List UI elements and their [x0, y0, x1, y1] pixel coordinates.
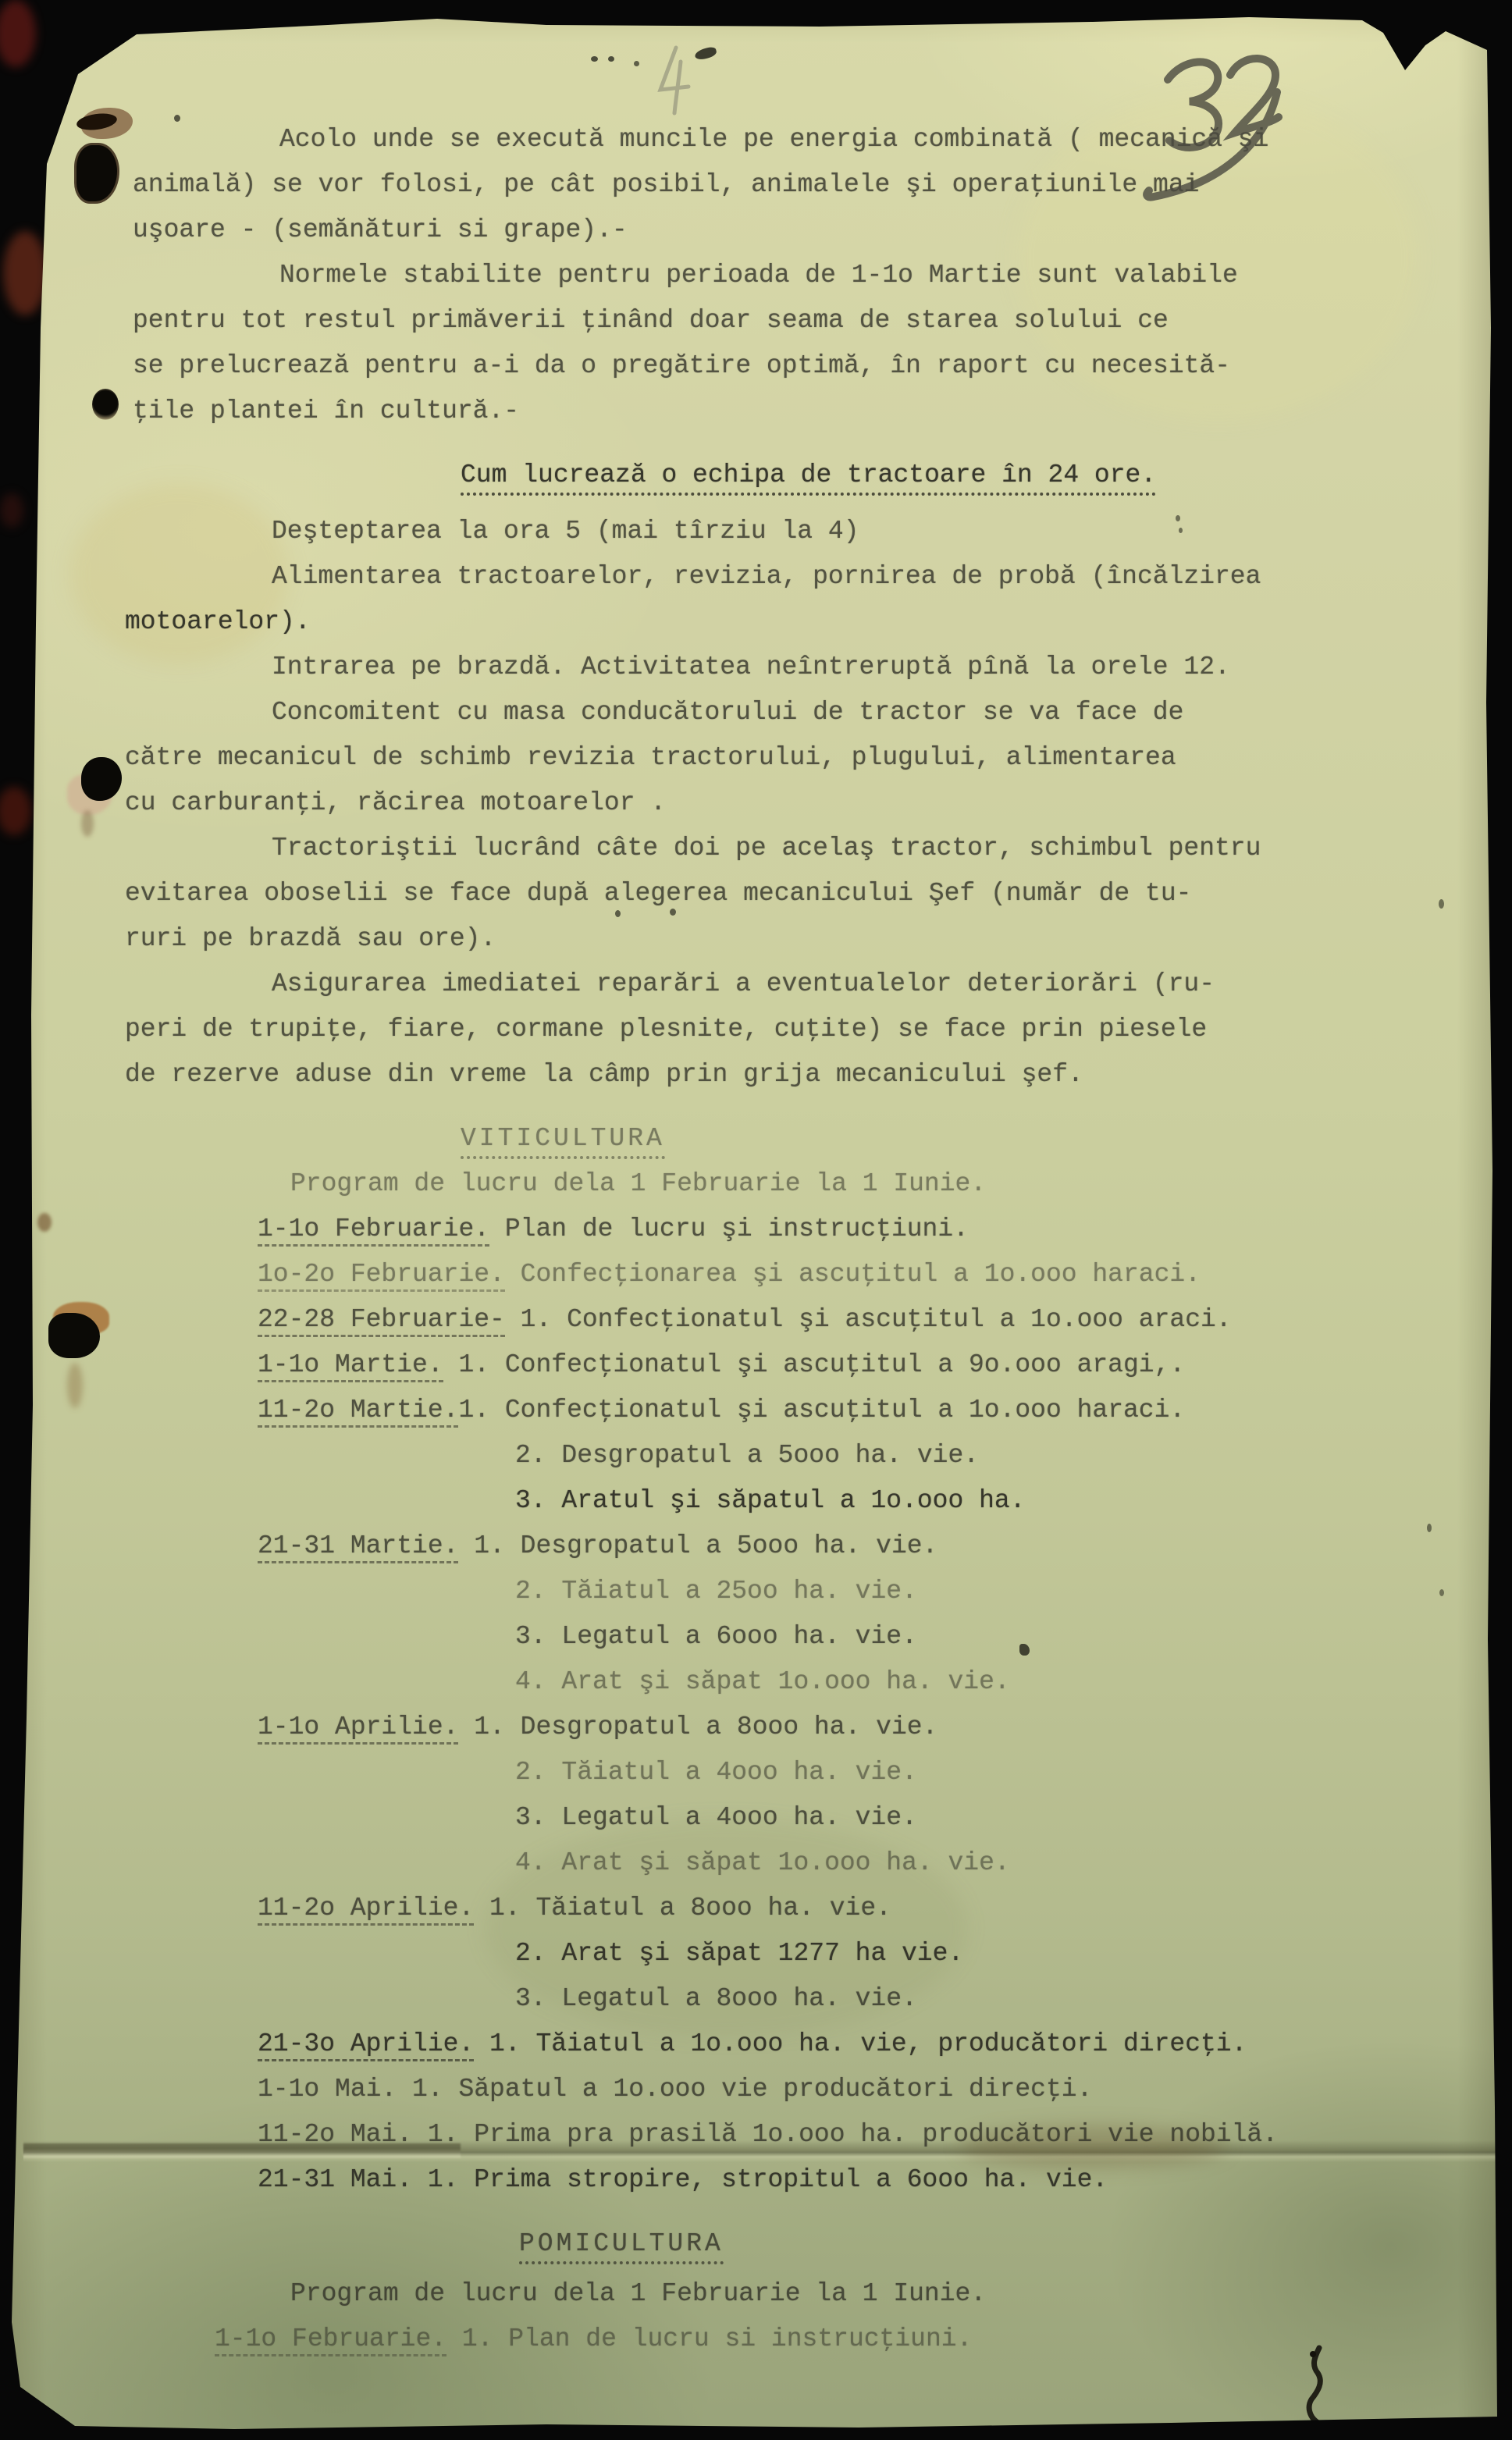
heading-pomicultura: POMICULTURA	[0, 2221, 1512, 2267]
scan-background: Acolo unde se execută muncile pe energia…	[0, 0, 1512, 2440]
schedule-task-line: 4. Arat şi săpat 1o.ooo ha. vie.	[0, 1659, 1512, 1705]
red-smudge	[0, 787, 31, 835]
ink-speck	[1176, 515, 1180, 521]
ink-speck	[615, 910, 621, 917]
schedule-date-line: 21-31 Martie. 1. Desgropatul a 5ooo ha. …	[0, 1524, 1512, 1569]
ink-speck	[1019, 1644, 1030, 1656]
ink-speck	[1179, 528, 1183, 533]
schedule-task-line: 3. Legatul a 4ooo ha. vie.	[0, 1795, 1512, 1841]
schedule-task-line: 2. Tăiatul a 25oo ha. vie.	[0, 1569, 1512, 1614]
paragraph-line: Tractoriştii lucrând câte doi pe acelaş …	[0, 826, 1512, 871]
paragraph-line: evitarea oboselii se face după alegerea …	[0, 871, 1512, 916]
program-line: Program de lucru dela 1 Februarie la 1 I…	[0, 2271, 1512, 2317]
typewritten-text: Acolo unde se execută muncile pe energia…	[0, 117, 1512, 2362]
paragraph-line: uşoare - (semănături si grape).-	[0, 208, 1512, 253]
schedule-date-line: 1-1o Februarie. 1. Plan de lucru si inst…	[0, 2317, 1512, 2362]
schedule-date-line: 1-1o Martie. 1. Confecţionatul şi ascuţi…	[0, 1343, 1512, 1388]
schedule-date-line: 1-1o Mai. 1. Săpatul a 1o.ooo vie produc…	[0, 2067, 1512, 2112]
ink-speck	[608, 56, 614, 62]
paragraph-line: de rezerve aduse din vreme la câmp prin …	[0, 1052, 1512, 1097]
ink-speck	[1439, 899, 1444, 909]
paragraph-line: pentru tot restul primăverii ţinând doar…	[0, 298, 1512, 343]
schedule-task-line: 2. Desgropatul a 5ooo ha. vie.	[0, 1433, 1512, 1478]
paragraph-line: ruri pe brazdă sau ore).	[0, 916, 1512, 962]
heading-viticultura: VITICULTURA	[0, 1116, 1512, 1161]
schedule-task-line: 4. Arat şi săpat 1o.ooo ha. vie.	[0, 1841, 1512, 1886]
schedule-date-line: 11-2o Aprilie. 1. Tăiatul a 8ooo ha. vie…	[0, 1886, 1512, 1931]
schedule-date-line: 21-3o Aprilie. 1. Tăiatul a 1o.ooo ha. v…	[0, 2022, 1512, 2067]
handwritten-digit-4: 4	[648, 35, 703, 125]
paragraph-line: se prelucrează pentru a-i da o pregătire…	[0, 343, 1512, 389]
handwritten-page-number-32: 32	[1124, 39, 1304, 207]
red-smudge	[0, 0, 36, 67]
ink-speck	[174, 115, 180, 122]
ink-speck	[1427, 1524, 1432, 1532]
schedule-task-line: 3. Legatul a 8ooo ha. vie.	[0, 1976, 1512, 2022]
red-smudge	[3, 231, 47, 315]
paper-sheet: Acolo unde se execută muncile pe energia…	[0, 0, 1512, 2440]
paragraph-line: Intrarea pe brazdă. Activitatea neîntrer…	[0, 645, 1512, 690]
paragraph-line: motoarelor).	[0, 599, 1512, 645]
schedule-task-line: 3. Legatul a 6ooo ha. vie.	[0, 1614, 1512, 1659]
schedule-date-line: 11-2o Martie.1. Confecţionatul şi ascuţi…	[0, 1388, 1512, 1433]
paragraph-line: către mecanicul de schimb revizia tracto…	[0, 735, 1512, 781]
paragraph-line: Deşteptarea la ora 5 (mai tîrziu la 4)	[0, 509, 1512, 554]
paragraph-line: cu carburanţi, răcirea motoarelor .	[0, 781, 1512, 826]
schedule-task-line: 2. Tăiatul a 4ooo ha. vie.	[0, 1750, 1512, 1795]
red-smudge	[0, 493, 23, 528]
schedule-date-line: 1-1o Februarie. Plan de lucru şi instruc…	[0, 1207, 1512, 1252]
schedule-date-line: 21-31 Mai. 1. Prima stropire, stropitul …	[0, 2157, 1512, 2203]
paragraph-line: Alimentarea tractoarelor, revizia, porni…	[0, 554, 1512, 599]
heading-tractor-team-24h: Cum lucrează o echipa de tractoare în 24…	[0, 453, 1512, 498]
ink-squiggle-mark	[1296, 2342, 1350, 2435]
schedule-date-line: 1-1o Aprilie. 1. Desgropatul a 8ooo ha. …	[0, 1705, 1512, 1750]
schedule-date-line: 1o-2o Februarie. Confecţionarea şi ascuţ…	[0, 1252, 1512, 1297]
ink-speck	[634, 61, 639, 66]
schedule-task-line: 2. Arat şi săpat 1277 ha vie.	[0, 1931, 1512, 1976]
ink-speck	[591, 56, 598, 62]
paragraph-line: Asigurarea imediatei reparări a eventual…	[0, 962, 1512, 1007]
paragraph-line: peri de trupiţe, fiare, cormane plesnite…	[0, 1007, 1512, 1052]
program-line: Program de lucru dela 1 Februarie la 1 I…	[0, 1161, 1512, 1207]
paragraph-line: Concomitent cu masa conducătorului de tr…	[0, 690, 1512, 735]
schedule-date-line: 11-2o Mai. 1. Prima pra prasilă 1o.ooo h…	[0, 2112, 1512, 2157]
schedule-date-line: 22-28 Februarie- 1. Confecţionatul şi as…	[0, 1297, 1512, 1343]
schedule-task-line: 3. Aratul şi săpatul a 1o.ooo ha.	[0, 1478, 1512, 1524]
ink-speck	[1439, 1589, 1444, 1596]
paragraph-line: ţile plantei în cultură.-	[0, 389, 1512, 434]
paragraph-line: Normele stabilite pentru perioada de 1-1…	[0, 253, 1512, 298]
ink-speck	[670, 909, 676, 916]
